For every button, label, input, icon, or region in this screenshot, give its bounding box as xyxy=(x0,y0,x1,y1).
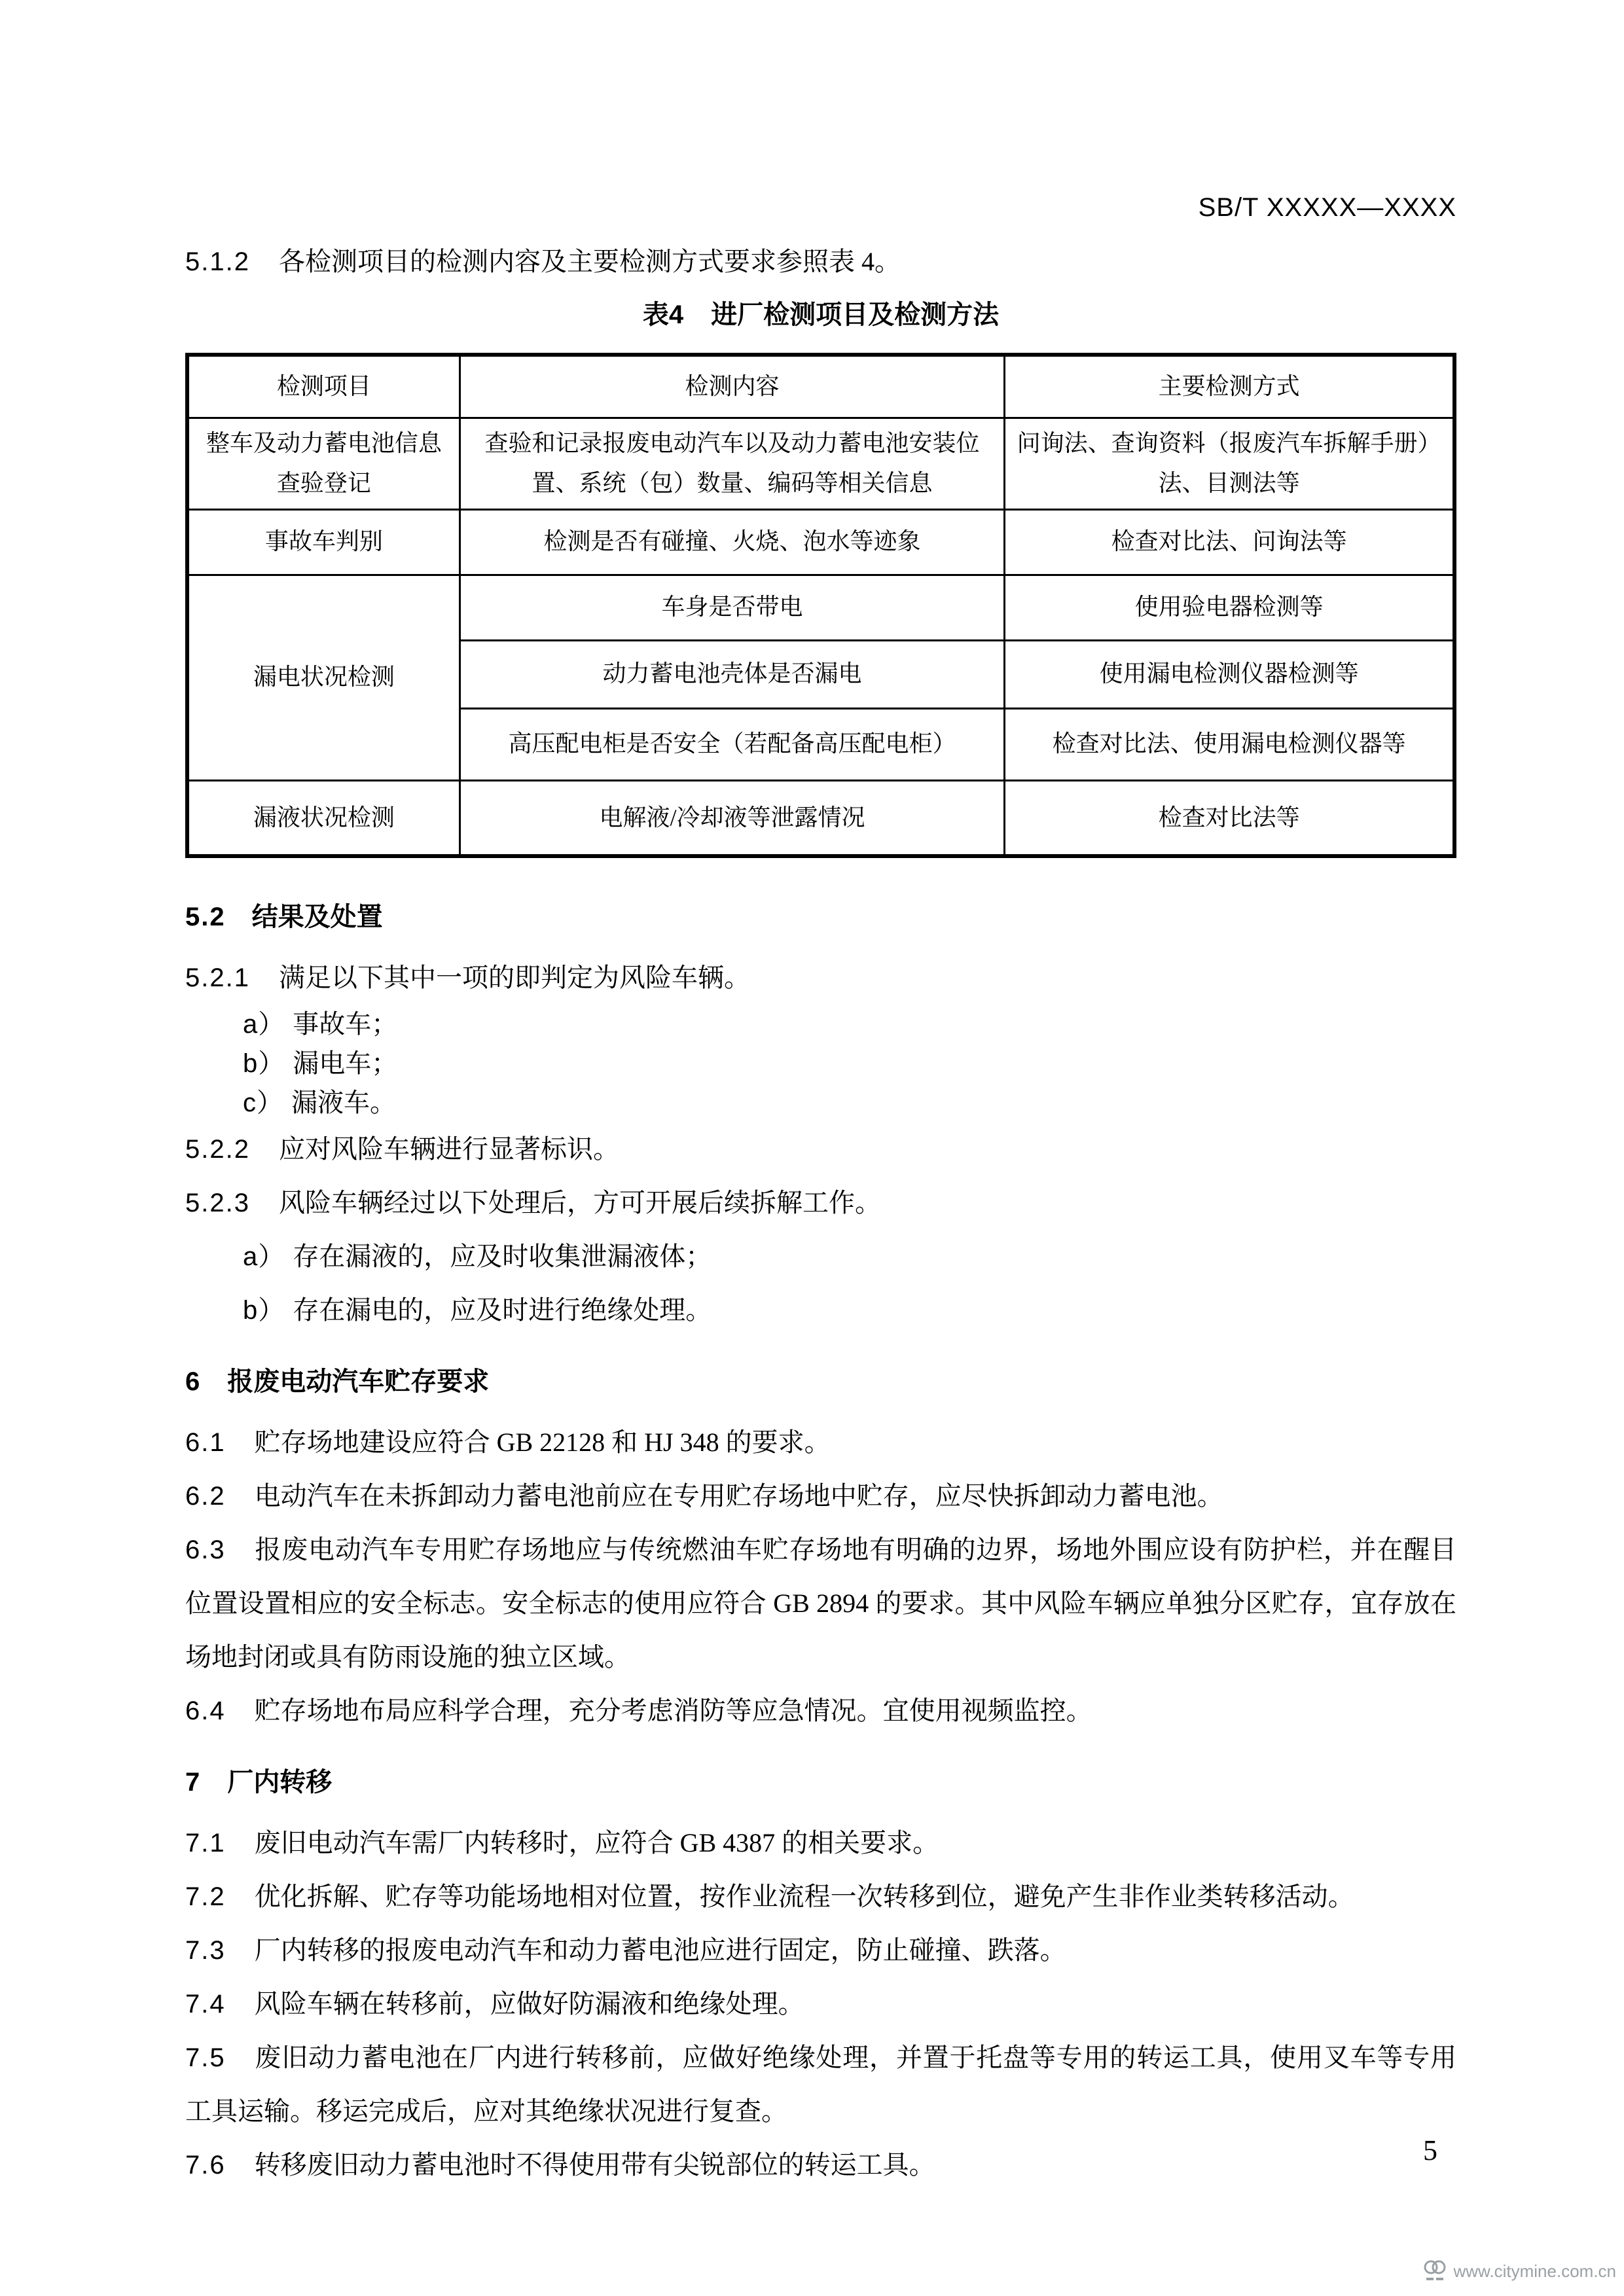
cell-method: 检查对比法等 xyxy=(1005,780,1454,856)
heading-7: 7厂内转移 xyxy=(185,1756,1456,1808)
column-header-content: 检测内容 xyxy=(460,355,1004,418)
cell-method: 使用验电器检测等 xyxy=(1005,575,1454,640)
clause-text: 报废电动汽车专用贮存场地应与传统燃油车贮存场地有明确的边界，场地外围应设有防护栏… xyxy=(185,1535,1456,1672)
list-text: 漏液车。 xyxy=(291,1088,396,1117)
cell-content: 动力蓄电池壳体是否漏电 xyxy=(460,640,1004,708)
list-item-b: b）存在漏电的，应及时进行绝缘处理。 xyxy=(185,1283,1456,1337)
clause-5-2-2: 5.2.2应对风险车辆进行显著标识。 xyxy=(185,1122,1456,1176)
clause-6-2: 6.2电动汽车在未拆卸动力蓄电池前应在专用贮存场地中贮存，应尽快拆卸动力蓄电池。 xyxy=(185,1469,1456,1523)
clause-text: 贮存场地建设应符合 GB 22128 和 HJ 348 的要求。 xyxy=(255,1427,831,1457)
clause-number: 7.2 xyxy=(185,1882,226,1911)
clause-number: 6.4 xyxy=(185,1696,226,1725)
table-row: 整车及动力蓄电池信息查验登记 查验和记录报废电动汽车以及动力蓄电池安装位置、系统… xyxy=(187,418,1454,509)
clause-7-6: 7.6转移废旧动力蓄电池时不得使用带有尖锐部位的转运工具。 xyxy=(185,2138,1456,2192)
table-caption: 表4进厂检测项目及检测方法 xyxy=(185,299,1456,331)
heading-5-2: 5.2结果及处置 xyxy=(185,891,1456,943)
clause-text: 电动汽车在未拆卸动力蓄电池前应在专用贮存场地中贮存，应尽快拆卸动力蓄电池。 xyxy=(255,1481,1223,1511)
clause-text: 各检测项目的检测内容及主要检测方式要求参照表 4。 xyxy=(279,247,901,276)
list-text: 存在漏电的，应及时进行绝缘处理。 xyxy=(293,1295,712,1325)
list-text: 漏电车； xyxy=(293,1049,397,1078)
list-item-a: a）事故车； xyxy=(185,1005,1456,1044)
clause-number: 7.1 xyxy=(185,1829,226,1857)
clause-number: 7 xyxy=(185,1768,201,1797)
list-marker: c） xyxy=(243,1088,283,1117)
heading-text: 报废电动汽车贮存要求 xyxy=(227,1367,489,1396)
clause-number: 7.4 xyxy=(185,1990,226,2018)
list-item-b: b）漏电车； xyxy=(185,1044,1456,1083)
clause-5-2-1: 5.2.1满足以下其中一项的即判定为风险车辆。 xyxy=(185,951,1456,1005)
clause-7-2: 7.2优化拆解、贮存等功能场地相对位置，按作业流程一次转移到位，避免产生非作业类… xyxy=(185,1870,1456,1924)
table-caption-title: 进厂检测项目及检测方法 xyxy=(711,300,999,329)
heading-text: 厂内转移 xyxy=(227,1768,332,1797)
clause-text: 厂内转移的报废电动汽车和动力蓄电池应进行固定，防止碰撞、跌落。 xyxy=(255,1935,1066,1965)
clause-text: 风险车辆经过以下处理后，方可开展后续拆解工作。 xyxy=(279,1188,881,1217)
document-page: SB/T XXXXX—XXXX 5.1.2各检测项目的检测内容及主要检测方式要求… xyxy=(0,0,1624,2296)
page-content: SB/T XXXXX—XXXX 5.1.2各检测项目的检测内容及主要检测方式要求… xyxy=(185,193,1456,2192)
list-marker: a） xyxy=(243,1242,285,1271)
cell-method: 问询法、查询资料（报废汽车拆解手册）法、目测法等 xyxy=(1005,418,1454,509)
clause-text: 优化拆解、贮存等功能场地相对位置，按作业流程一次转移到位，避免产生非作业类转移活… xyxy=(255,1882,1354,1911)
clause-5-2-3: 5.2.3风险车辆经过以下处理后，方可开展后续拆解工作。 xyxy=(185,1176,1456,1230)
cell-content: 车身是否带电 xyxy=(460,575,1004,640)
table-row: 漏液状况检测 电解液/冷却液等泄露情况 检查对比法等 xyxy=(187,780,1454,856)
cell-item: 漏液状况检测 xyxy=(187,780,460,856)
clause-number: 7.6 xyxy=(185,2151,226,2179)
clause-text: 废旧电动汽车需厂内转移时，应符合 GB 4387 的相关要求。 xyxy=(255,1828,939,1857)
clause-number: 6.1 xyxy=(185,1428,226,1457)
clause-number: 6.3 xyxy=(185,1535,226,1564)
cell-item: 事故车判别 xyxy=(187,509,460,575)
watermark-url-text: www.citymine.com.cn xyxy=(1454,2263,1617,2280)
clause-text: 风险车辆在转移前，应做好防漏液和绝缘处理。 xyxy=(255,1989,804,2018)
clause-number: 5.2.1 xyxy=(185,963,250,992)
clause-text: 废旧动力蓄电池在厂内进行转移前，应做好绝缘处理，并置于托盘等专用的转运工具，使用… xyxy=(185,2043,1456,2126)
list-marker: a） xyxy=(243,1010,285,1039)
table-row: 事故车判别 检测是否有碰撞、火烧、泡水等迹象 检查对比法、问询法等 xyxy=(187,509,1454,575)
cell-method: 使用漏电检测仪器检测等 xyxy=(1005,640,1454,708)
table-row: 漏电状况检测 车身是否带电 使用验电器检测等 xyxy=(187,575,1454,640)
cell-content: 电解液/冷却液等泄露情况 xyxy=(460,780,1004,856)
clause-number: 7.5 xyxy=(185,2043,226,2072)
list-marker: b） xyxy=(243,1296,285,1325)
cell-method: 检查对比法、问询法等 xyxy=(1005,509,1454,575)
clause-7-1: 7.1废旧电动汽车需厂内转移时，应符合 GB 4387 的相关要求。 xyxy=(185,1816,1456,1870)
clause-7-3: 7.3厂内转移的报废电动汽车和动力蓄电池应进行固定，防止碰撞、跌落。 xyxy=(185,1924,1456,1977)
cell-item-merged: 漏电状况检测 xyxy=(187,575,460,780)
table-header-row: 检测项目 检测内容 主要检测方式 xyxy=(187,355,1454,418)
list-text: 事故车； xyxy=(293,1009,397,1039)
clause-text: 应对风险车辆进行显著标识。 xyxy=(279,1134,619,1164)
clause-number: 6.2 xyxy=(185,1482,226,1511)
clause-number: 7.3 xyxy=(185,1936,226,1965)
column-header-method: 主要检测方式 xyxy=(1005,355,1454,418)
page-number: 5 xyxy=(1423,2136,1437,2165)
inspection-methods-table: 检测项目 检测内容 主要检测方式 整车及动力蓄电池信息查验登记 查验和记录报废电… xyxy=(185,353,1456,858)
clause-text: 满足以下其中一项的即判定为风险车辆。 xyxy=(279,963,750,992)
list-item-c: c）漏液车。 xyxy=(185,1083,1456,1122)
heading-6: 6报废电动汽车贮存要求 xyxy=(185,1355,1456,1408)
list-marker: b） xyxy=(243,1049,285,1078)
clause-7-4: 7.4风险车辆在转移前，应做好防漏液和绝缘处理。 xyxy=(185,1977,1456,2031)
clause-6-3: 6.3报废电动汽车专用贮存场地应与传统燃油车贮存场地有明确的边界，场地外围应设有… xyxy=(185,1523,1456,1684)
cell-content: 查验和记录报废电动汽车以及动力蓄电池安装位置、系统（包）数量、编码等相关信息 xyxy=(460,418,1004,509)
clause-number: 5.2 xyxy=(185,903,226,931)
cell-method: 检查对比法、使用漏电检测仪器等 xyxy=(1005,708,1454,780)
cell-content: 检测是否有碰撞、火烧、泡水等迹象 xyxy=(460,509,1004,575)
clause-6-4: 6.4贮存场地布局应科学合理，充分考虑消防等应急情况。宜使用视频监控。 xyxy=(185,1684,1456,1738)
clause-6-1: 6.1贮存场地建设应符合 GB 22128 和 HJ 348 的要求。 xyxy=(185,1416,1456,1469)
column-header-item: 检测项目 xyxy=(187,355,460,418)
cell-content: 高压配电柜是否安全（若配备高压配电柜） xyxy=(460,708,1004,780)
clause-5-1-2: 5.1.2各检测项目的检测内容及主要检测方式要求参照表 4。 xyxy=(185,235,1456,289)
clause-text: 贮存场地布局应科学合理，充分考虑消防等应急情况。宜使用视频监控。 xyxy=(255,1696,1092,1725)
clause-number: 6 xyxy=(185,1367,201,1396)
list-text: 存在漏液的，应及时收集泄漏液体； xyxy=(293,1242,712,1271)
clause-number: 5.2.3 xyxy=(185,1189,250,1217)
clause-number: 5.2.2 xyxy=(185,1135,250,1164)
clause-text: 转移废旧动力蓄电池时不得使用带有尖锐部位的转运工具。 xyxy=(255,2150,935,2179)
clause-number: 5.1.2 xyxy=(185,247,250,276)
list-item-a: a）存在漏液的，应及时收集泄漏液体； xyxy=(185,1230,1456,1283)
standard-doc-code: SB/T XXXXX—XXXX xyxy=(185,193,1456,222)
heading-text: 结果及处置 xyxy=(252,903,383,931)
cell-item: 整车及动力蓄电池信息查验登记 xyxy=(187,418,460,509)
spacer xyxy=(185,858,1456,872)
table-caption-number: 表4 xyxy=(643,300,683,329)
watermark: www.citymine.com.cn xyxy=(1422,2258,1617,2284)
citymine-logo-icon xyxy=(1422,2258,1447,2284)
clause-7-5: 7.5废旧动力蓄电池在厂内进行转移前，应做好绝缘处理，并置于托盘等专用的转运工具… xyxy=(185,2031,1456,2138)
